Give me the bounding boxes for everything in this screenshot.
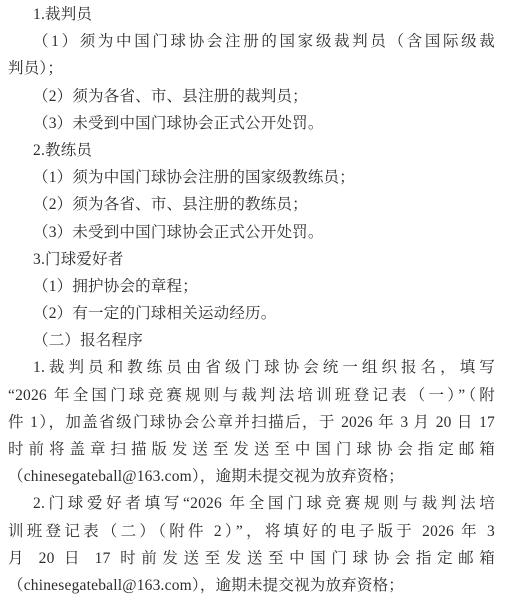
text-line: 1.裁判员和教练员由省级门球协会统一组织报名，填写 bbox=[8, 354, 495, 381]
document-body: 1.裁判员（1）须为中国门球协会注册的国家级裁判员（含国际级裁判员）；（2）须为… bbox=[8, 1, 495, 600]
text-line: “2026 年全国门球竞赛规则与裁判法培训班登记表（一）”（附 bbox=[8, 382, 495, 409]
text-line: 时前将盖章扫描版发送至发送至中国门球协会指定邮箱 bbox=[8, 436, 495, 463]
document-page: 1.裁判员（1）须为中国门球协会注册的国家级裁判员（含国际级裁判员）；（2）须为… bbox=[0, 0, 516, 600]
text-line: 判员）； bbox=[8, 55, 495, 82]
text-line: （2）有一定的门球相关运动经历。 bbox=[8, 300, 495, 327]
text-line: （1）须为中国门球协会注册的国家级裁判员（含国际级裁 bbox=[8, 28, 495, 55]
text-line: 1.裁判员 bbox=[8, 1, 495, 28]
text-line: （二）报名程序 bbox=[8, 327, 495, 354]
text-line: 月 20 日 17 时前发送至发送至中国门球协会指定邮箱 bbox=[8, 545, 495, 572]
text-line: （3）未受到中国门球协会正式公开处罚。 bbox=[8, 110, 495, 137]
text-line: （3）未受到中国门球协会正式公开处罚。 bbox=[8, 219, 495, 246]
text-line: （2）须为各省、市、县注册的裁判员； bbox=[8, 83, 495, 110]
text-line: 2.教练员 bbox=[8, 137, 495, 164]
text-line: （1）拥护协会的章程； bbox=[8, 273, 495, 300]
text-line: （2）须为各省、市、县注册的教练员； bbox=[8, 191, 495, 218]
text-line: 件 1），加盖省级门球协会公章并扫描后，于 2026 年 3 月 20 日 17 bbox=[8, 409, 495, 436]
text-line: 3.门球爱好者 bbox=[8, 246, 495, 273]
text-line: （chinesegateball@163.com），逾期未提交视为放弃资格； bbox=[8, 572, 495, 599]
text-line: （1）须为中国门球协会注册的国家级教练员； bbox=[8, 164, 495, 191]
text-line: 2.门球爱好者填写“2026 年全国门球竞赛规则与裁判法培 bbox=[8, 490, 495, 517]
text-line: 训班登记表（二）（附件 2）”，将填好的电子版于 2026 年 3 bbox=[8, 518, 495, 545]
text-line: （chinesegateball@163.com），逾期未提交视为放弃资格； bbox=[8, 463, 495, 490]
